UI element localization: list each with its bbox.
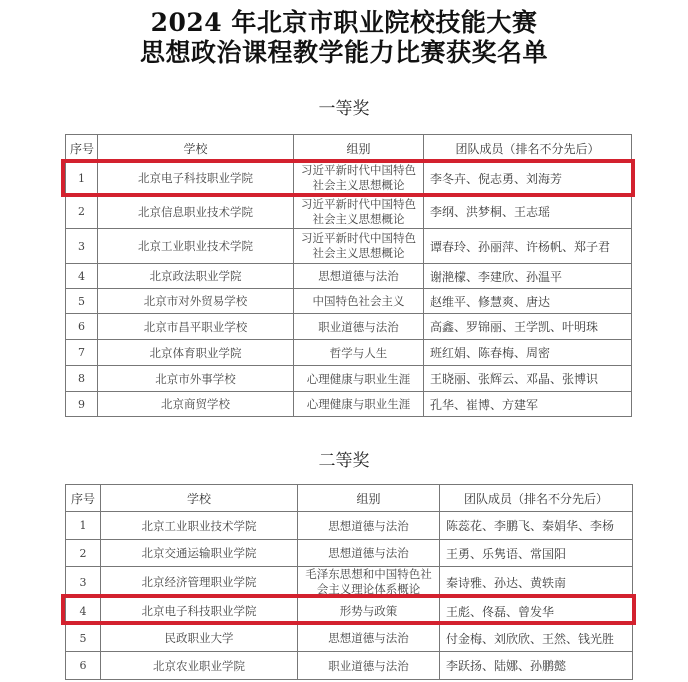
row-index: 6	[66, 314, 98, 340]
table-row: 2 北京交通运输职业学院 思想道德与法治 王勇、乐隽语、常国阳	[66, 540, 633, 567]
row-members: 李跃扬、陆娜、孙鹏懿	[440, 652, 633, 680]
table-row: 6 北京市昌平职业学校 职业道德与法治 高鑫、罗锦丽、王学凯、叶明珠	[66, 314, 632, 340]
column-header-index: 序号	[66, 485, 101, 512]
row-group: 思想道德与法治	[298, 540, 440, 567]
table-header-row: 序号 学校 组别 团队成员（排名不分先后）	[66, 135, 632, 162]
table-row: 5 民政职业大学 思想道德与法治 付金梅、刘欣欣、王然、钱光胜	[66, 625, 633, 652]
row-school: 北京市对外贸易学校	[98, 289, 294, 314]
row-school: 北京市昌平职业学校	[98, 314, 294, 340]
column-header-group: 组别	[298, 485, 440, 512]
row-group: 习近平新时代中国特色社会主义思想概论	[294, 195, 424, 229]
row-school: 北京工业职业技术学院	[98, 229, 294, 264]
row-index: 2	[66, 195, 98, 229]
row-members: 班红娟、陈春梅、周密	[424, 340, 632, 366]
row-school: 民政职业大学	[101, 625, 298, 652]
table-row: 9 北京商贸学校 心理健康与职业生涯 孔华、崔博、方建军	[66, 392, 632, 417]
row-members: 孔华、崔博、方建军	[424, 392, 632, 417]
row-members: 秦诗雅、孙达、黄轶南	[440, 567, 633, 598]
row-group: 形势与政策	[298, 598, 440, 625]
row-members: 谢滟檬、李建欣、孙温平	[424, 264, 632, 289]
row-group: 心理健康与职业生涯	[294, 366, 424, 392]
table-row: 4 北京电子科技职业学院 形势与政策 王彪、佟磊、曾发华	[66, 598, 633, 625]
row-group: 职业道德与法治	[294, 314, 424, 340]
row-members: 王晓丽、张辉云、邓晶、张博识	[424, 366, 632, 392]
column-header-school: 学校	[101, 485, 298, 512]
row-group: 习近平新时代中国特色社会主义思想概论	[294, 162, 424, 195]
column-header-members: 团队成员（排名不分先后）	[440, 485, 633, 512]
row-school: 北京工业职业技术学院	[101, 512, 298, 540]
row-group: 哲学与人生	[294, 340, 424, 366]
row-group: 中国特色社会主义	[294, 289, 424, 314]
row-index: 6	[66, 652, 101, 680]
document-title-line-2: 思想政治课程教学能力比赛获奖名单	[0, 38, 688, 68]
row-index: 2	[66, 540, 101, 567]
row-school: 北京电子科技职业学院	[98, 162, 294, 195]
first-prize-heading: 一等奖	[0, 98, 688, 120]
row-members: 付金梅、刘欣欣、王然、钱光胜	[440, 625, 633, 652]
table-row: 5 北京市对外贸易学校 中国特色社会主义 赵维平、修慧爽、唐达	[66, 289, 632, 314]
table-row: 6 北京农业职业学院 职业道德与法治 李跃扬、陆娜、孙鹏懿	[66, 652, 633, 680]
row-members: 赵维平、修慧爽、唐达	[424, 289, 632, 314]
row-index: 9	[66, 392, 98, 417]
row-index: 3	[66, 567, 101, 598]
column-header-group: 组别	[294, 135, 424, 162]
table-row: 4 北京政法职业学院 思想道德与法治 谢滟檬、李建欣、孙温平	[66, 264, 632, 289]
row-index: 4	[66, 598, 101, 625]
table-header-row: 序号 学校 组别 团队成员（排名不分先后）	[66, 485, 633, 512]
row-members: 李纲、洪梦桐、王志瑶	[424, 195, 632, 229]
row-index: 7	[66, 340, 98, 366]
column-header-index: 序号	[66, 135, 98, 162]
row-school: 北京经济管理职业学院	[101, 567, 298, 598]
row-index: 5	[66, 289, 98, 314]
row-index: 1	[66, 512, 101, 540]
row-index: 8	[66, 366, 98, 392]
row-group: 思想道德与法治	[298, 625, 440, 652]
row-school: 北京农业职业学院	[101, 652, 298, 680]
row-school: 北京商贸学校	[98, 392, 294, 417]
column-header-members: 团队成员（排名不分先后）	[424, 135, 632, 162]
row-group: 毛泽东思想和中国特色社会主义理论体系概论	[298, 567, 440, 598]
row-group: 心理健康与职业生涯	[294, 392, 424, 417]
document-title-line-1: 2024 年北京市职业院校技能大赛	[0, 8, 688, 38]
row-members: 高鑫、罗锦丽、王学凯、叶明珠	[424, 314, 632, 340]
column-header-school: 学校	[98, 135, 294, 162]
row-school: 北京市外事学校	[98, 366, 294, 392]
table-row: 3 北京工业职业技术学院 习近平新时代中国特色社会主义思想概论 谭春玲、孙丽萍、…	[66, 229, 632, 264]
row-index: 1	[66, 162, 98, 195]
row-members: 李冬卉、倪志勇、刘海芳	[424, 162, 632, 195]
second-prize-heading: 二等奖	[0, 450, 688, 472]
table-row: 8 北京市外事学校 心理健康与职业生涯 王晓丽、张辉云、邓晶、张博识	[66, 366, 632, 392]
row-school: 北京政法职业学院	[98, 264, 294, 289]
table-row: 3 北京经济管理职业学院 毛泽东思想和中国特色社会主义理论体系概论 秦诗雅、孙达…	[66, 567, 633, 598]
row-index: 5	[66, 625, 101, 652]
row-school: 北京电子科技职业学院	[101, 598, 298, 625]
row-members: 陈蕊花、李鹏飞、秦娟华、李杨	[440, 512, 633, 540]
table-row: 1 北京电子科技职业学院 习近平新时代中国特色社会主义思想概论 李冬卉、倪志勇、…	[66, 162, 632, 195]
row-group: 习近平新时代中国特色社会主义思想概论	[294, 229, 424, 264]
table-row: 1 北京工业职业技术学院 思想道德与法治 陈蕊花、李鹏飞、秦娟华、李杨	[66, 512, 633, 540]
table-row: 7 北京体育职业学院 哲学与人生 班红娟、陈春梅、周密	[66, 340, 632, 366]
row-school: 北京交通运输职业学院	[101, 540, 298, 567]
row-school: 北京信息职业技术学院	[98, 195, 294, 229]
row-members: 王彪、佟磊、曾发华	[440, 598, 633, 625]
row-group: 职业道德与法治	[298, 652, 440, 680]
second-prize-table: 序号 学校 组别 团队成员（排名不分先后） 1 北京工业职业技术学院 思想道德与…	[65, 484, 633, 680]
row-school: 北京体育职业学院	[98, 340, 294, 366]
row-members: 王勇、乐隽语、常国阳	[440, 540, 633, 567]
row-group: 思想道德与法治	[294, 264, 424, 289]
row-members: 谭春玲、孙丽萍、许杨帆、郑子君	[424, 229, 632, 264]
table-row: 2 北京信息职业技术学院 习近平新时代中国特色社会主义思想概论 李纲、洪梦桐、王…	[66, 195, 632, 229]
row-index: 4	[66, 264, 98, 289]
row-index: 3	[66, 229, 98, 264]
first-prize-table: 序号 学校 组别 团队成员（排名不分先后） 1 北京电子科技职业学院 习近平新时…	[65, 134, 632, 417]
row-group: 思想道德与法治	[298, 512, 440, 540]
